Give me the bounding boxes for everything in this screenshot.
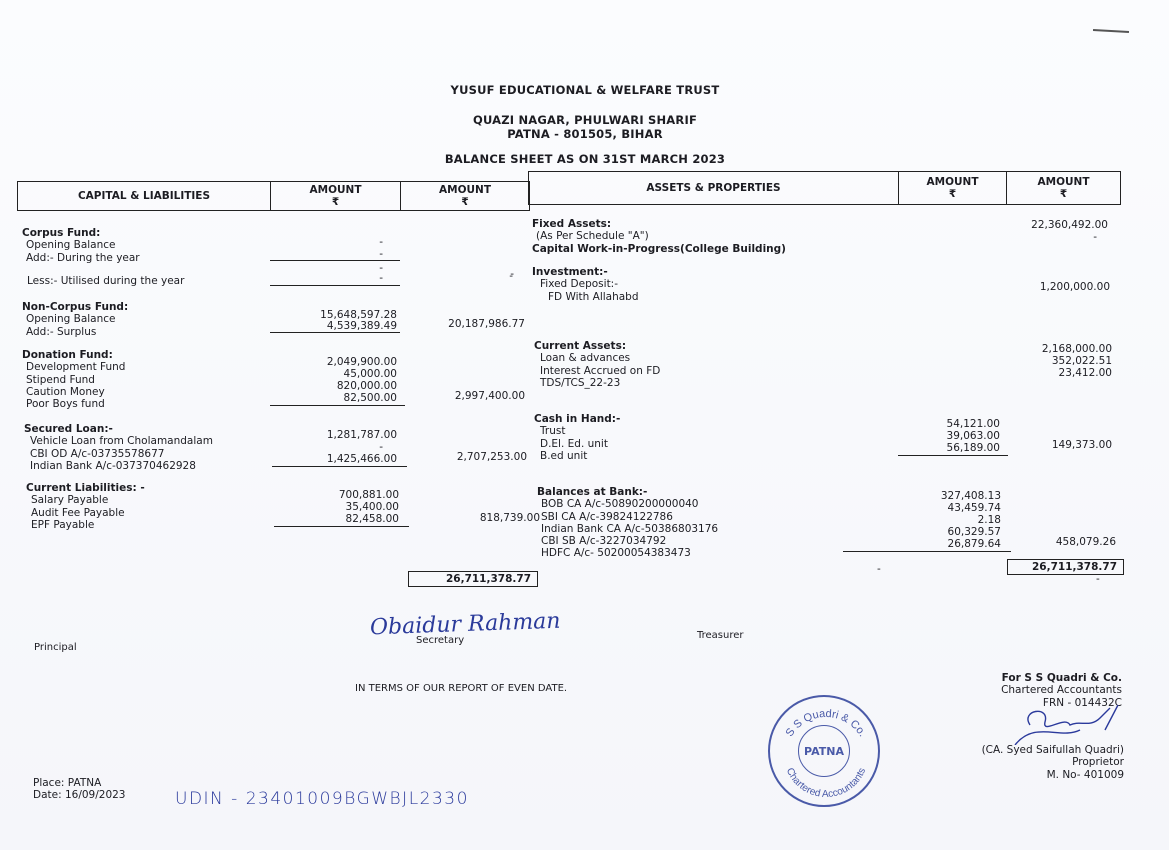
- treasurer-label: Treasurer: [697, 630, 744, 641]
- underline: [270, 332, 400, 333]
- sheet-title: BALANCE SHEET AS ON 31ST MARCH 2023: [400, 152, 770, 166]
- corpus-fund-section: Corpus Fund: Opening Balance Add:- Durin…: [22, 227, 140, 264]
- assets-amount2-header: AMOUNT ₹: [1007, 172, 1120, 204]
- assets-grand-total: 26,711,378.77: [1007, 559, 1124, 575]
- assets-amount1-header: AMOUNT ₹: [899, 172, 1007, 204]
- secured-loan-item-label: Vehicle Loan from Cholamandalam: [24, 435, 213, 447]
- place-label: Place: PATNA: [33, 777, 126, 789]
- current-liability-label: EPF Payable: [26, 519, 145, 531]
- current-liability-amount: 82,458.00: [285, 513, 399, 525]
- bank-item-amount: 327,408.13: [900, 490, 1001, 502]
- secured-loan-item-label: CBI OD A/c-03735578677: [24, 448, 213, 460]
- rupee-icon: ₹: [949, 188, 956, 200]
- current-assets-section: Current Assets: Loan & advances Interest…: [534, 340, 660, 389]
- current-asset-amount: 2,168,000.00: [1000, 343, 1112, 355]
- fixed-assets-schedule: (As Per Schedule "A"): [532, 230, 786, 242]
- cash-item-label: D.El. Ed. unit: [534, 438, 620, 450]
- rupee-icon: ₹: [461, 196, 468, 208]
- cash-in-hand-section: Cash in Hand:- Trust D.El. Ed. unit B.ed…: [534, 413, 620, 462]
- donation-fund-section: Donation Fund: Development Fund Stipend …: [22, 349, 125, 410]
- current-liabilities-total: 818,739.00: [420, 512, 540, 524]
- corpus-add-label: Add:- During the year: [22, 252, 140, 264]
- address-line1: QUAZI NAGAR, PHULWARI SHARIF: [400, 113, 770, 127]
- date-label: Date: 16/09/2023: [33, 789, 126, 801]
- secured-loan-heading: Secured Loan:-: [24, 423, 213, 435]
- current-asset-label: TDS/TCS_22-23: [534, 377, 660, 389]
- non-corpus-total: 20,187,986.77: [410, 318, 525, 330]
- auditor-signature: [1010, 700, 1130, 745]
- non-corpus-section: Non-Corpus Fund: Opening Balance Add:- S…: [22, 301, 128, 338]
- non-corpus-heading: Non-Corpus Fund:: [22, 301, 128, 313]
- udin-handwritten: UDIN - 23401009BGWBJL2330: [175, 789, 469, 809]
- donation-item-label: Poor Boys fund: [22, 398, 125, 410]
- corpus-add-amount: -: [280, 248, 383, 260]
- stamp-center: PATNA: [798, 725, 850, 777]
- fd-allahabad-label: FD With Allahabd: [532, 291, 639, 303]
- non-corpus-opening-label: Opening Balance: [22, 313, 128, 325]
- current-asset-amount: 352,022.51: [1000, 355, 1112, 367]
- bank-item-label: HDFC A/c- 50200054383473: [537, 547, 718, 559]
- corpus-less-amount: -: [280, 272, 383, 284]
- dash-mark: -: [1096, 573, 1100, 585]
- fixed-assets-amount: 22,360,492.00: [1000, 219, 1108, 231]
- bank-item-amount: 60,329.57: [900, 526, 1001, 538]
- liabilities-grand-total: 26,711,378.77: [408, 571, 538, 587]
- underline: [270, 405, 405, 406]
- non-corpus-surplus-amount: 4,539,389.49: [280, 320, 397, 332]
- underline: [272, 466, 407, 467]
- current-liabilities-section: Current Liabilities: - Salary Payable Au…: [26, 482, 145, 531]
- balance-sheet-page: YUSUF EDUCATIONAL & WELFARE TRUST QUAZI …: [0, 0, 1169, 850]
- bank-item-amount: 2.18: [900, 514, 1001, 526]
- secretary-signature: Obaidur Rahman: [370, 609, 561, 641]
- secured-loan-section: Secured Loan:- Vehicle Loan from Cholama…: [24, 423, 213, 472]
- report-note: IN TERMS OF OUR REPORT OF EVEN DATE.: [355, 683, 567, 694]
- bank-item-label: SBI CA A/c-39824122786: [537, 511, 718, 523]
- secured-loan-item-amount: 1,425,466.00: [280, 453, 397, 465]
- secured-loan-item-amount: 1,281,787.00: [280, 429, 397, 441]
- investment-heading: Investment:-: [532, 266, 639, 278]
- auditor-membership: M. No- 401009: [960, 769, 1124, 781]
- current-asset-label: Loan & advances: [534, 352, 660, 364]
- cash-in-hand-heading: Cash in Hand:-: [534, 413, 620, 425]
- bank-item-amount: 26,879.64: [900, 538, 1001, 550]
- corpus-opening-label: Opening Balance: [22, 239, 140, 251]
- address-line2: PATNA - 801505, BIHAR: [400, 127, 770, 141]
- fixed-assets-section: Fixed Assets: (As Per Schedule "A") Capi…: [532, 218, 786, 255]
- current-assets-heading: Current Assets:: [534, 340, 660, 352]
- donation-item-amount: 82,500.00: [280, 392, 397, 404]
- scan-mark: [1093, 29, 1129, 33]
- current-liability-label: Audit Fee Payable: [26, 507, 145, 519]
- corpus-fund-heading: Corpus Fund:: [22, 227, 140, 239]
- auditor-role: Proprietor: [960, 756, 1124, 768]
- underline: [270, 285, 400, 286]
- place-date: Place: PATNA Date: 16/09/2023: [33, 777, 126, 802]
- bank-total: 458,079.26: [1000, 536, 1116, 548]
- auditor-designation: Chartered Accountants: [960, 684, 1122, 696]
- investment-amount: 1,200,000.00: [1000, 281, 1110, 293]
- liabilities-amount1-header: AMOUNT ₹: [271, 182, 401, 210]
- cash-total: 149,373.00: [1000, 439, 1112, 451]
- org-name: YUSUF EDUCATIONAL & WELFARE TRUST: [400, 83, 770, 97]
- cwip-amount: -: [1000, 231, 1097, 243]
- corpus-less-label: Less:- Utilised during the year: [27, 275, 184, 287]
- cash-item-amount: 54,121.00: [900, 418, 1000, 430]
- underline: [843, 551, 1011, 552]
- donation-item-label: Stipend Fund: [22, 374, 125, 386]
- underline: [274, 526, 409, 527]
- auditor-name: (CA. Syed Saifullah Quadri): [960, 744, 1124, 756]
- investment-section: Investment:- Fixed Deposit:- FD With All…: [532, 266, 639, 303]
- donation-item-label: Caution Money: [22, 386, 125, 398]
- auditor-firm: For S S Quadri & Co.: [960, 672, 1122, 684]
- liabilities-amount2-header: AMOUNT ₹: [401, 182, 529, 210]
- bank-item-label: BOB CA A/c-50890200000040: [537, 498, 718, 510]
- donation-item-amount: 45,000.00: [280, 368, 397, 380]
- auditor-signatory: (CA. Syed Saifullah Quadri) Proprietor M…: [960, 744, 1124, 781]
- current-liability-amount: 700,881.00: [285, 489, 399, 501]
- liabilities-header: CAPITAL & LIABILITIES AMOUNT ₹ AMOUNT ₹: [17, 181, 530, 211]
- auditor-stamp: S S Quadri & Co. Chartered Accountants P…: [768, 695, 880, 807]
- cash-item-label: B.ed unit: [534, 450, 620, 462]
- assets-header: ASSETS & PROPERTIES AMOUNT ₹ AMOUNT ₹: [528, 171, 1121, 205]
- cash-item-amount: 39,063.00: [900, 430, 1000, 442]
- cash-item-amount: 56,189.00: [900, 442, 1000, 454]
- corpus-opening-amount: -: [280, 236, 383, 248]
- fixed-assets-heading: Fixed Assets:: [532, 218, 786, 230]
- bank-item-label: Indian Bank CA A/c-50386803176: [537, 523, 718, 535]
- current-liabilities-heading: Current Liabilities: -: [26, 482, 145, 494]
- donation-item-amount: 820,000.00: [280, 380, 397, 392]
- secured-loan-total: 2,707,253.00: [410, 451, 527, 463]
- corpus-side-dash: -: [420, 268, 514, 280]
- donation-item-label: Development Fund: [22, 361, 125, 373]
- underline: [898, 455, 1008, 456]
- bank-balances-section: Balances at Bank:- BOB CA A/c-5089020000…: [537, 486, 718, 560]
- cwip-label: Capital Work-in-Progress(College Buildin…: [532, 243, 786, 255]
- bank-heading: Balances at Bank:-: [537, 486, 718, 498]
- donation-item-amount: 2,049,900.00: [280, 356, 397, 368]
- current-asset-amount: 23,412.00: [1000, 367, 1112, 379]
- current-asset-label: Interest Accrued on FD: [534, 365, 660, 377]
- current-liability-amount: 35,400.00: [285, 501, 399, 513]
- rupee-icon: ₹: [1060, 188, 1067, 200]
- current-liability-label: Salary Payable: [26, 494, 145, 506]
- donation-total: 2,997,400.00: [410, 390, 525, 402]
- fixed-deposit-label: Fixed Deposit:-: [532, 278, 639, 290]
- donation-heading: Donation Fund:: [22, 349, 125, 361]
- bank-item-amount: 43,459.74: [900, 502, 1001, 514]
- cash-item-label: Trust: [534, 425, 620, 437]
- dash-mark: -: [877, 563, 881, 575]
- assets-particulars-header: ASSETS & PROPERTIES: [529, 172, 899, 204]
- secretary-label: Secretary: [416, 635, 464, 646]
- secured-loan-item-amount: -: [280, 441, 383, 453]
- principal-label: Principal: [34, 642, 77, 653]
- secured-loan-item-label: Indian Bank A/c-037370462928: [24, 460, 213, 472]
- rupee-icon: ₹: [332, 196, 339, 208]
- liabilities-particulars-header: CAPITAL & LIABILITIES: [18, 182, 271, 210]
- non-corpus-surplus-label: Add:- Surplus: [22, 326, 128, 338]
- bank-item-label: CBI SB A/c-3227034792: [537, 535, 718, 547]
